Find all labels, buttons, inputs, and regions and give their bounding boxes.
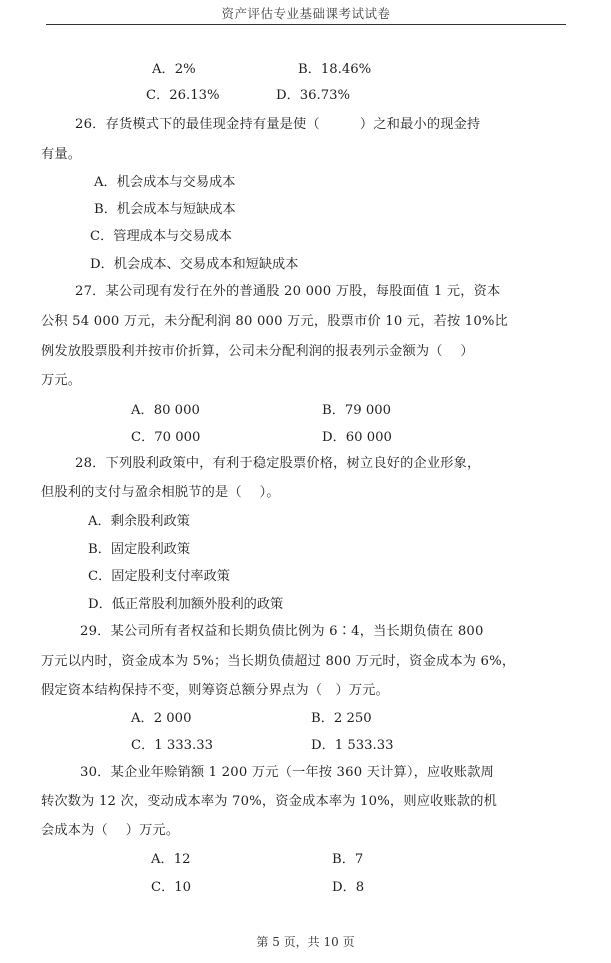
question-text-line: 转次数为 12 次，变动成本率为 70%，资金成本率为 10%，则应收账款的机 [41, 793, 497, 811]
q29-option-a: A．2 000 [131, 710, 191, 728]
q28-option-d: D．低正常股利加额外股利的政策 [88, 596, 283, 614]
q26-option-b: B．机会成本与短缺成本 [94, 201, 236, 219]
question-text-line: 公积 54 000 万元，未分配利润 80 000 万元，股票市价 10 元，若… [41, 313, 508, 331]
q30-option-a: A．12 [151, 851, 191, 869]
question-text-line: 例发放股票股利并按市价折算，公司未分配利润的报表列示金额为（ ） [41, 343, 474, 361]
question-text-line: 29．某公司所有者权益和长期负债比例为 6∶4，当长期负债在 800 [80, 623, 484, 641]
page-footer-page-number: 第 5 页，共 10 页 [0, 933, 611, 950]
q25-option-d: D．36.73% [276, 87, 350, 105]
q28-option-c: C．固定股利支付率政策 [88, 568, 230, 586]
question-text-line: 有量。 [41, 146, 81, 164]
question-text-line: 假定资本结构保持不变，则筹资总额分界点为（ ）万元。 [41, 682, 389, 700]
question-text-line: 28．下列股利政策中，有利于稳定股票价格，树立良好的企业形象， [75, 455, 480, 473]
question-text-line: 万元。 [41, 372, 81, 390]
question-text-line: 30．某企业年赊销额 1 200 万元（一年按 360 天计算），应收账款周 [80, 764, 494, 782]
q29-option-c: C．1 333.33 [131, 737, 213, 755]
q26-option-d: D．机会成本、交易成本和短缺成本 [90, 256, 298, 274]
question-text-line: 但股利的支付与盈余相脱节的是（ ）。 [41, 484, 280, 502]
q28-option-b: B．固定股利政策 [88, 541, 190, 559]
q30-option-c: C．10 [151, 879, 191, 897]
q30-option-b: B．7 [332, 851, 363, 869]
question-text-line: 会成本为（ ）万元。 [41, 822, 179, 840]
page-header-title: 资产评估专业基础课考试试卷 [46, 4, 566, 26]
q27-option-d: D．60 000 [322, 429, 392, 447]
q30-option-d: D．8 [332, 879, 364, 897]
q29-option-d: D．1 533.33 [311, 737, 394, 755]
header-divider [46, 24, 566, 25]
q26-option-a: A．机会成本与交易成本 [94, 174, 235, 192]
q27-option-a: A．80 000 [131, 402, 200, 420]
question-text-line: 27．某公司现有发行在外的普通股 20 000 万股，每股面值 1 元，资本 [75, 283, 500, 301]
q28-option-a: A．剩余股利政策 [88, 513, 190, 531]
q25-option-a: A．2% [152, 61, 196, 79]
q27-option-c: C．70 000 [131, 429, 200, 447]
q25-option-b: B．18.46% [298, 61, 371, 79]
q26-option-c: C．管理成本与交易成本 [90, 228, 232, 246]
question-text-line: 万元以内时，资金成本为 5%；当长期负债超过 800 万元时，资金成本为 6%， [41, 653, 515, 671]
question-text-line: 26．存货模式下的最佳现金持有量是使（ ）之和最小的现金持 [75, 116, 480, 134]
q29-option-b: B．2 250 [311, 710, 372, 728]
q27-option-b: B．79 000 [322, 402, 391, 420]
q25-option-c: C．26.13% [146, 87, 220, 105]
